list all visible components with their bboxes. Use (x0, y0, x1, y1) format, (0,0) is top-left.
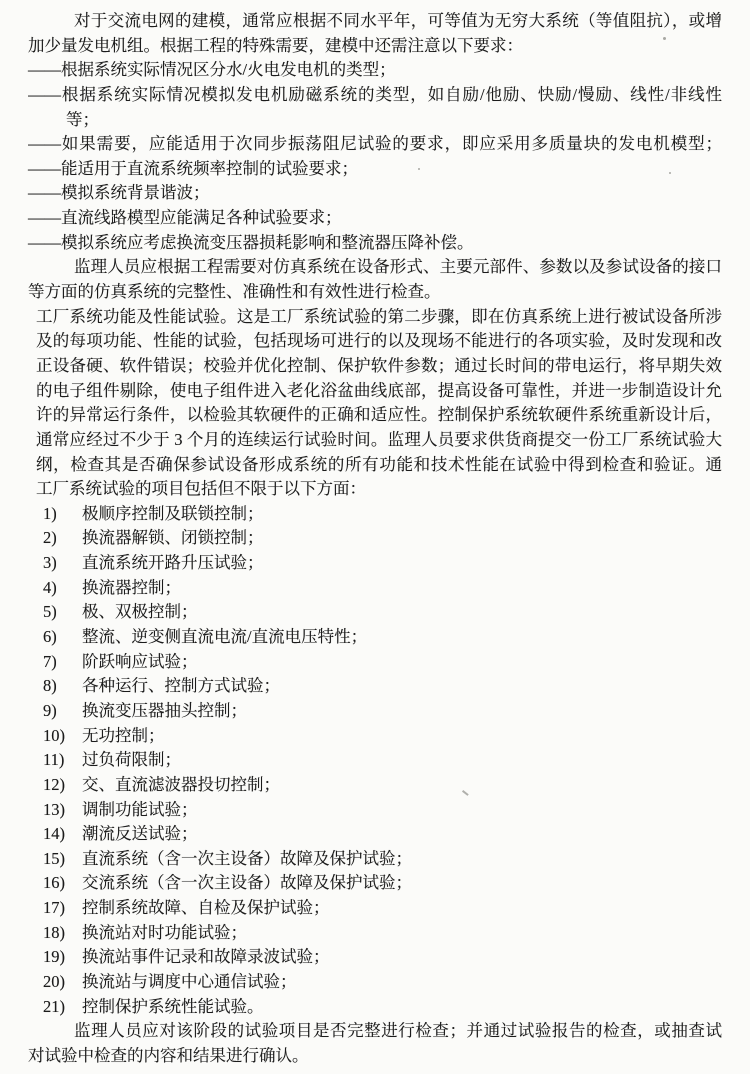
section-d-line: 正设备硬、软件错误；校验并优化控制、保护软件参数；通过长时间的带电运行，将早期失… (28, 354, 722, 379)
numbered-list-line: 17)控制系统故障、自检及保护试验； (28, 896, 722, 921)
line-text: 极顺序控制及联锁控制； (82, 504, 264, 523)
line-text: 换流器解锁、闭锁控制； (82, 528, 264, 547)
numbered-list-line: 9)换流变压器抽头控制； (28, 699, 722, 724)
line-text: 及的每项功能、性能的试验，包括现场可进行的以及现场不能进行的各项实验，及时发现和… (36, 331, 722, 350)
line-text: 监理人员应根据工程需要对仿真系统在设备形式、主要元部件、参数以及参试设备的接口 (74, 257, 722, 276)
item-number: 4) (43, 576, 82, 601)
line-text: 换流站事件记录和故障录波试验； (82, 947, 330, 966)
line-text: ——模拟系统背景谐波； (28, 183, 210, 202)
paragraph-line: 监理人员应根据工程需要对仿真系统在设备形式、主要元部件、参数以及参试设备的接口 (28, 255, 722, 280)
line-text: ——直流线路模型应能满足各种试验要求； (28, 208, 342, 227)
dash-list-line: ——直流线路模型应能满足各种试验要求； (28, 206, 722, 231)
line-text: 交流系统（含一次主设备）故障及保护试验； (82, 873, 412, 892)
line-text: 监理人员应对该阶段的试验项目是否完整进行检查；并通过试验报告的检查，或抽查试验， (74, 1021, 722, 1044)
numbered-list-line: 20)换流站与调度中心通信试验； (28, 970, 722, 995)
item-number: 6) (43, 625, 82, 650)
item-number: 2) (43, 526, 82, 551)
item-number: 21) (43, 995, 82, 1020)
line-text: 直流系统开路升压试验； (82, 553, 264, 572)
paragraph-line: 监理人员应对该阶段的试验项目是否完整进行检查；并通过试验报告的检查，或抽查试验， (28, 1019, 722, 1044)
dash-list-line: ——模拟系统应考虑换流变压器损耗影响和整流器压降补偿。 (28, 231, 722, 256)
paragraph-line: 加少量发电机组。根据工程的特殊需要，建模中还需注意以下要求： (28, 34, 722, 59)
item-number: 8) (43, 674, 82, 699)
line-text: 直流系统（含一次主设备）故障及保护试验； (82, 849, 412, 868)
dash-list-line: ——模拟系统背景谐波； (28, 181, 722, 206)
line-text: 控制保护系统性能试验。 (82, 997, 264, 1016)
item-number: 15) (43, 847, 82, 872)
item-number: 7) (43, 650, 82, 675)
numbered-list-line: 1)极顺序控制及联锁控制； (28, 502, 722, 527)
item-number: 11) (43, 748, 82, 773)
paragraph-line: 等方面的仿真系统的完整性、准确性和有效性进行检查。 (28, 280, 722, 305)
document-text-block: 对于交流电网的建模，通常应根据不同水平年，可等值为无穷大系统（等值阻抗），或增加… (0, 0, 750, 1074)
line-text: 换流站对时功能试验； (82, 923, 247, 942)
line-text: 极、双极控制； (82, 602, 198, 621)
item-number: 10) (43, 724, 82, 749)
numbered-list-line: 5)极、双极控制； (28, 600, 722, 625)
line-text: 对试验中检查的内容和结果进行确认。 (28, 1046, 309, 1065)
line-text: 换流变压器抽头控制； (82, 701, 247, 720)
line-text: 等方面的仿真系统的完整性、准确性和有效性进行检查。 (28, 282, 441, 301)
line-text: 工厂系统功能及性能试验。这是工厂系统试验的第二步骤，即在仿真系统上进行被试设备所… (36, 307, 722, 326)
line-text: 纲，检查其是否确保参试设备形成系统的所有功能和技术性能在试验中得到检查和验证。通… (36, 455, 722, 478)
numbered-list-line: 12)交、直流滤波器投切控制； (28, 773, 722, 798)
section-d-first-line: d)工厂系统功能及性能试验。这是工厂系统试验的第二步骤，即在仿真系统上进行被试设… (28, 305, 722, 330)
line-text: ——根据系统实际情况模拟发电机励磁系统的类型，如自励/他励、快励/慢励、线性/非… (28, 85, 722, 104)
numbered-list-line: 14)潮流反送试验； (28, 822, 722, 847)
line-text: ——能适用于直流系统频率控制的试验要求； (28, 159, 358, 178)
numbered-list-line: 4)换流器控制； (28, 576, 722, 601)
item-number: 9) (43, 699, 82, 724)
line-text: 换流器控制； (82, 578, 181, 597)
line-text: ——根据系统实际情况区分水/火电发电机的类型； (28, 60, 396, 79)
numbered-list-line: 16)交流系统（含一次主设备）故障及保护试验； (28, 871, 722, 896)
item-number: 1) (43, 502, 82, 527)
dash-list-line: ——根据系统实际情况模拟发电机励磁系统的类型，如自励/他励、快励/慢励、线性/非… (28, 83, 722, 108)
line-text: 交、直流滤波器投切控制； (82, 775, 280, 794)
dash-list-line: ——能适用于直流系统频率控制的试验要求； (28, 157, 722, 182)
line-text: ——模拟系统应考虑换流变压器损耗影响和整流器压降补偿。 (28, 233, 474, 252)
line-text: 等； (66, 110, 99, 129)
numbered-list-line: 10)无功控制； (28, 724, 722, 749)
numbered-list-line: 6)整流、逆变侧直流电流/直流电压特性； (28, 625, 722, 650)
line-text: 许的异常运行条件，以检验其软硬件的正确和适应性。控制保护系统软硬件系统重新设计后… (36, 405, 722, 424)
line-text: 加少量发电机组。根据工程的特殊需要，建模中还需注意以下要求： (28, 36, 523, 55)
line-text: 调制功能试验； (82, 800, 198, 819)
item-number: 20) (43, 970, 82, 995)
line-text: 整流、逆变侧直流电流/直流电压特性； (82, 627, 367, 646)
scanned-document-page: 对于交流电网的建模，通常应根据不同水平年，可等值为无穷大系统（等值阻抗），或增加… (0, 0, 750, 1074)
line-text: 对于交流电网的建模，通常应根据不同水平年，可等值为无穷大系统（等值阻抗），或增 (74, 11, 722, 30)
numbered-list-line: 21)控制保护系统性能试验。 (28, 995, 722, 1020)
line-text: 各种运行、控制方式试验； (82, 676, 280, 695)
line-text: 控制系统故障、自检及保护试验； (82, 898, 330, 917)
line-text: 通常应经过不少于 3 个月的连续运行试验时间。监理人员要求供货商提交一份工厂系统… (36, 430, 722, 449)
line-text: 工厂系统试验的项目包括但不限于以下方面： (36, 479, 366, 498)
item-number: 13) (43, 798, 82, 823)
line-text: 换流站与调度中心通信试验； (82, 972, 297, 991)
section-d-line: 通常应经过不少于 3 个月的连续运行试验时间。监理人员要求供货商提交一份工厂系统… (28, 428, 722, 453)
paragraph-line: 对于交流电网的建模，通常应根据不同水平年，可等值为无穷大系统（等值阻抗），或增 (28, 9, 722, 34)
numbered-list-line: 11)过负荷限制； (28, 748, 722, 773)
item-number: 17) (43, 896, 82, 921)
numbered-list-line: 19)换流站事件记录和故障录波试验； (28, 945, 722, 970)
scan-artifact (663, 37, 666, 40)
line-text: 的电子组件剔除，使电子组件进入老化浴盆曲线底部，提高设备可靠性，并进一步制造设计… (36, 381, 722, 400)
item-number: 19) (43, 945, 82, 970)
dash-list-line: ——根据系统实际情况区分水/火电发电机的类型； (28, 58, 722, 83)
section-d-line: 许的异常运行条件，以检验其软硬件的正确和适应性。控制保护系统软硬件系统重新设计后… (28, 403, 722, 428)
numbered-list-line: 2)换流器解锁、闭锁控制； (28, 526, 722, 551)
item-number: 3) (43, 551, 82, 576)
numbered-list-line: 18)换流站对时功能试验； (28, 921, 722, 946)
item-number: 12) (43, 773, 82, 798)
section-d-line: 工厂系统试验的项目包括但不限于以下方面： (28, 477, 722, 502)
numbered-list-line: 7)阶跃响应试验； (28, 650, 722, 675)
scan-artifact (669, 172, 671, 174)
numbered-list-line: 8)各种运行、控制方式试验； (28, 674, 722, 699)
item-number: 14) (43, 822, 82, 847)
section-d-line: 及的每项功能、性能的试验，包括现场可进行的以及现场不能进行的各项实验，及时发现和… (28, 329, 722, 354)
line-text: 阶跃响应试验； (82, 652, 198, 671)
line-text: 正设备硬、软件错误；校验并优化控制、保护软件参数；通过长时间的带电运行，将早期失… (36, 356, 722, 375)
scan-artifact (418, 168, 420, 170)
section-d-line: 纲，检查其是否确保参试设备形成系统的所有功能和技术性能在试验中得到检查和验证。通… (28, 453, 722, 478)
numbered-list-line: 3)直流系统开路升压试验； (28, 551, 722, 576)
section-d-line: 的电子组件剔除，使电子组件进入老化浴盆曲线底部，提高设备可靠性，并进一步制造设计… (28, 379, 722, 404)
line-text: 潮流反送试验； (82, 824, 198, 843)
numbered-list-line: 13)调制功能试验； (28, 798, 722, 823)
paragraph-line: 对试验中检查的内容和结果进行确认。 (28, 1044, 722, 1069)
line-text: ——如果需要，应能适用于次同步振荡阻尼试验的要求，即应采用多质量块的发电机模型； (28, 134, 722, 153)
dash-list-line: 等； (28, 108, 722, 133)
line-text: 过负荷限制； (82, 750, 181, 769)
item-number: 18) (43, 921, 82, 946)
line-text: 无功控制； (82, 726, 165, 745)
item-number: 16) (43, 871, 82, 896)
item-number: 5) (43, 600, 82, 625)
numbered-list-line: 15)直流系统（含一次主设备）故障及保护试验； (28, 847, 722, 872)
dash-list-line: ——如果需要，应能适用于次同步振荡阻尼试验的要求，即应采用多质量块的发电机模型； (28, 132, 722, 157)
